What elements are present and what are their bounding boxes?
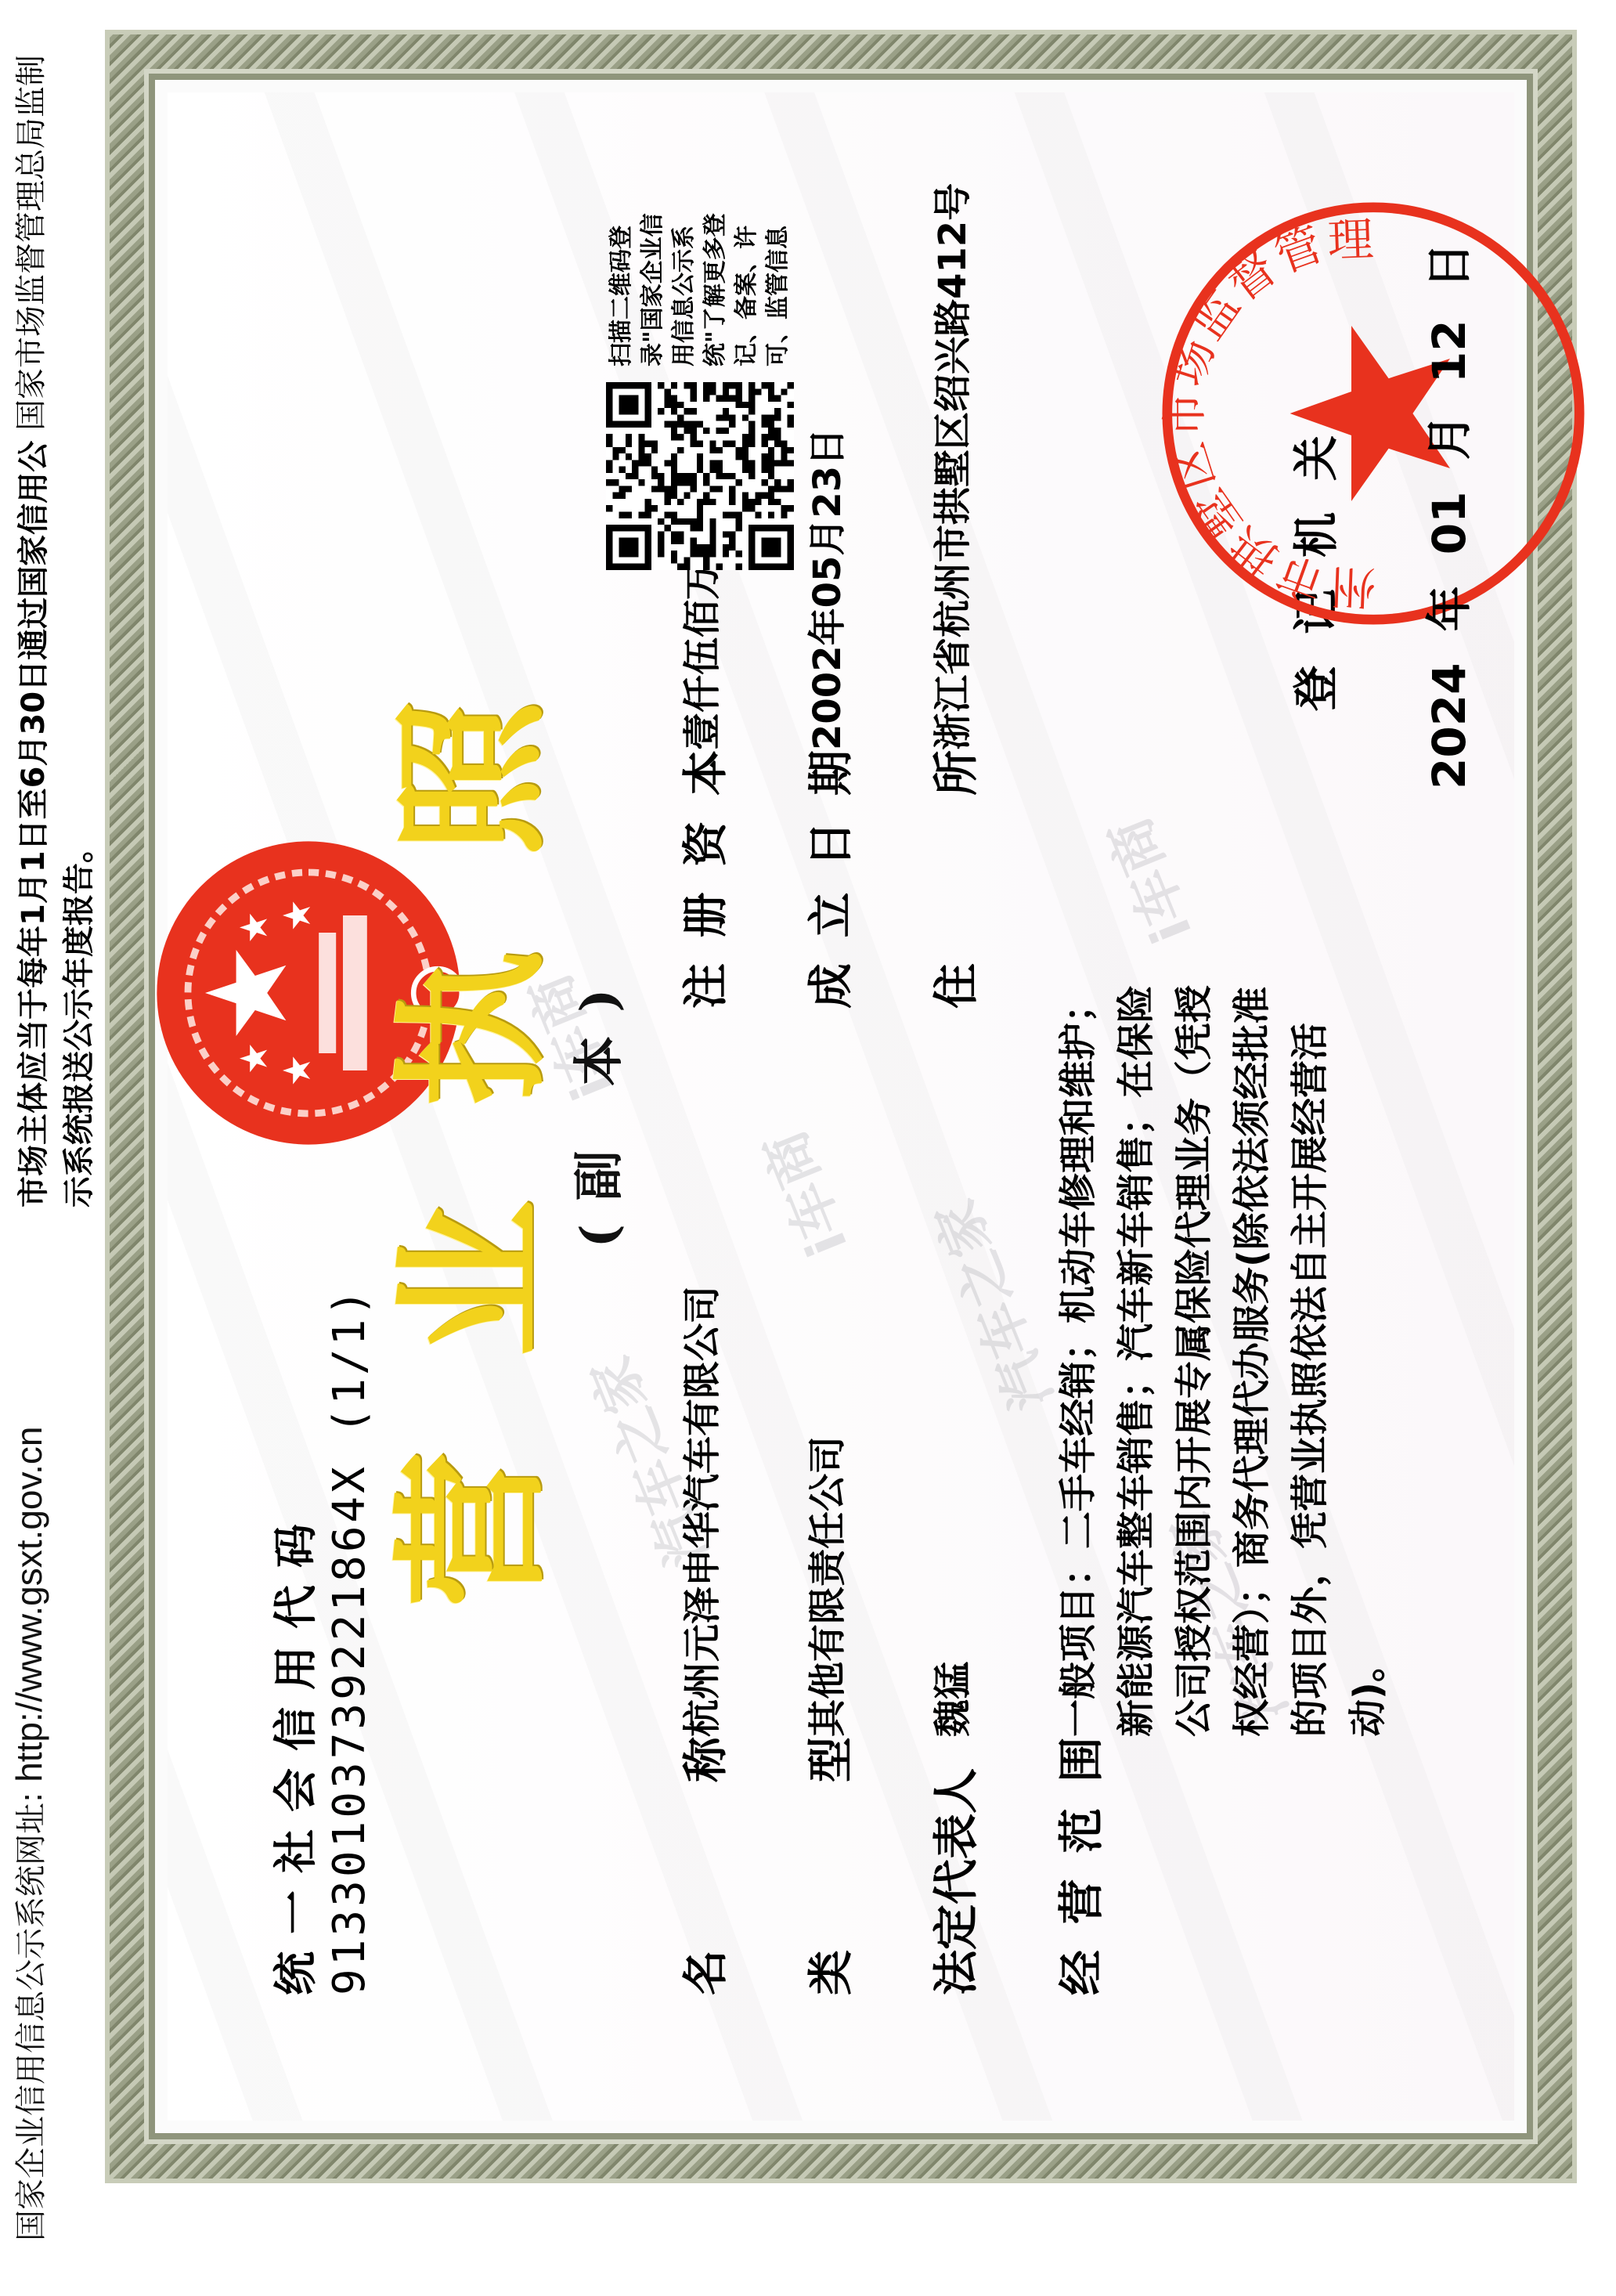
- field-label: 法定代表人: [919, 1737, 985, 1995]
- issue-date: 2024 年 01 月 12 日: [1412, 243, 1478, 789]
- field-label: 经营范围: [1044, 1737, 1110, 1995]
- website-line: 国家企业信用信息公示系统网址: http://www.gsxt.gov.cn: [6, 1427, 51, 2241]
- business-license-sheet: 国家企业信用信息公示系统网址: http://www.gsxt.gov.cn 市…: [0, 0, 1616, 2296]
- company-address: 浙江省杭州市拱墅区绍兴路412号: [919, 183, 982, 750]
- field-label: 成立日期: [794, 750, 860, 1009]
- watermark: i车商: [741, 1121, 863, 1269]
- qr-block: 扫描二维码登录"国家企业信用信息公示系统"了解更多登记、备案、许可、监管信息: [606, 210, 794, 570]
- certificate-body: 汽车之家 i车商 汽车之家 i车商 汽车之家 i车商 营业执照 (副 本): [168, 92, 1514, 2121]
- website-url[interactable]: http://www.gsxt.gov.cn: [9, 1427, 49, 1782]
- legal-representative: 魏猛: [919, 1662, 982, 1737]
- official-seal-icon: 杭州市拱墅区市场监督管理局: [1154, 194, 1593, 633]
- field-label: 注册资本: [669, 750, 734, 1009]
- field-label: 名称: [669, 1737, 734, 1995]
- field-legal-rep: 法定代表人 魏猛: [919, 1662, 985, 1995]
- field-address: 住所 浙江省杭州市拱墅区绍兴路412号: [919, 183, 985, 1009]
- credit-code-value: 91330103739221864X (1/1): [324, 1287, 375, 1995]
- business-scope: 一般项目：二手车经销；机动车修理和维护；新能源汽车整车销售；汽车新车销售；在保险…: [1044, 969, 1397, 1737]
- annual-report-notice: 市场主体应当于每年1月1日至6月30日通过国家信用公示系统报送公示年度报告。: [11, 424, 102, 1208]
- watermark: i车商: [1086, 807, 1207, 956]
- field-business-scope: 经营范围 一般项目：二手车经销；机动车修理和维护；新能源汽车整车销售；汽车新车销…: [1044, 969, 1397, 1995]
- field-type: 类型 其他有限责任公司: [794, 1436, 860, 1995]
- field-name: 名称 杭州元泽申华汽车有限公司: [669, 1286, 734, 1995]
- company-type: 其他有限责任公司: [794, 1436, 857, 1737]
- qr-code-icon[interactable]: [606, 382, 794, 570]
- field-label: 类型: [794, 1737, 860, 1995]
- field-label: 住所: [919, 750, 985, 1009]
- supervisor-note: 国家市场监督管理总局监制: [6, 55, 51, 431]
- field-establishment-date: 成立日期 2002年05月23日: [794, 428, 860, 1009]
- license-title: 营业执照: [348, 92, 572, 2121]
- website-label: 国家企业信用信息公示系统网址:: [13, 1792, 49, 2241]
- company-name: 杭州元泽申华汽车有限公司: [669, 1286, 731, 1737]
- credit-code-label: 统一社会信用代码: [262, 1507, 324, 1995]
- guilloche-border: 汽车之家 i车商 汽车之家 i车商 汽车之家 i车商 营业执照 (副 本): [110, 34, 1572, 2179]
- establishment-date: 2002年05月23日: [794, 428, 857, 750]
- qr-caption: 扫描二维码登录"国家企业信用信息公示系统"了解更多登记、备案、许可、监管信息: [606, 210, 794, 366]
